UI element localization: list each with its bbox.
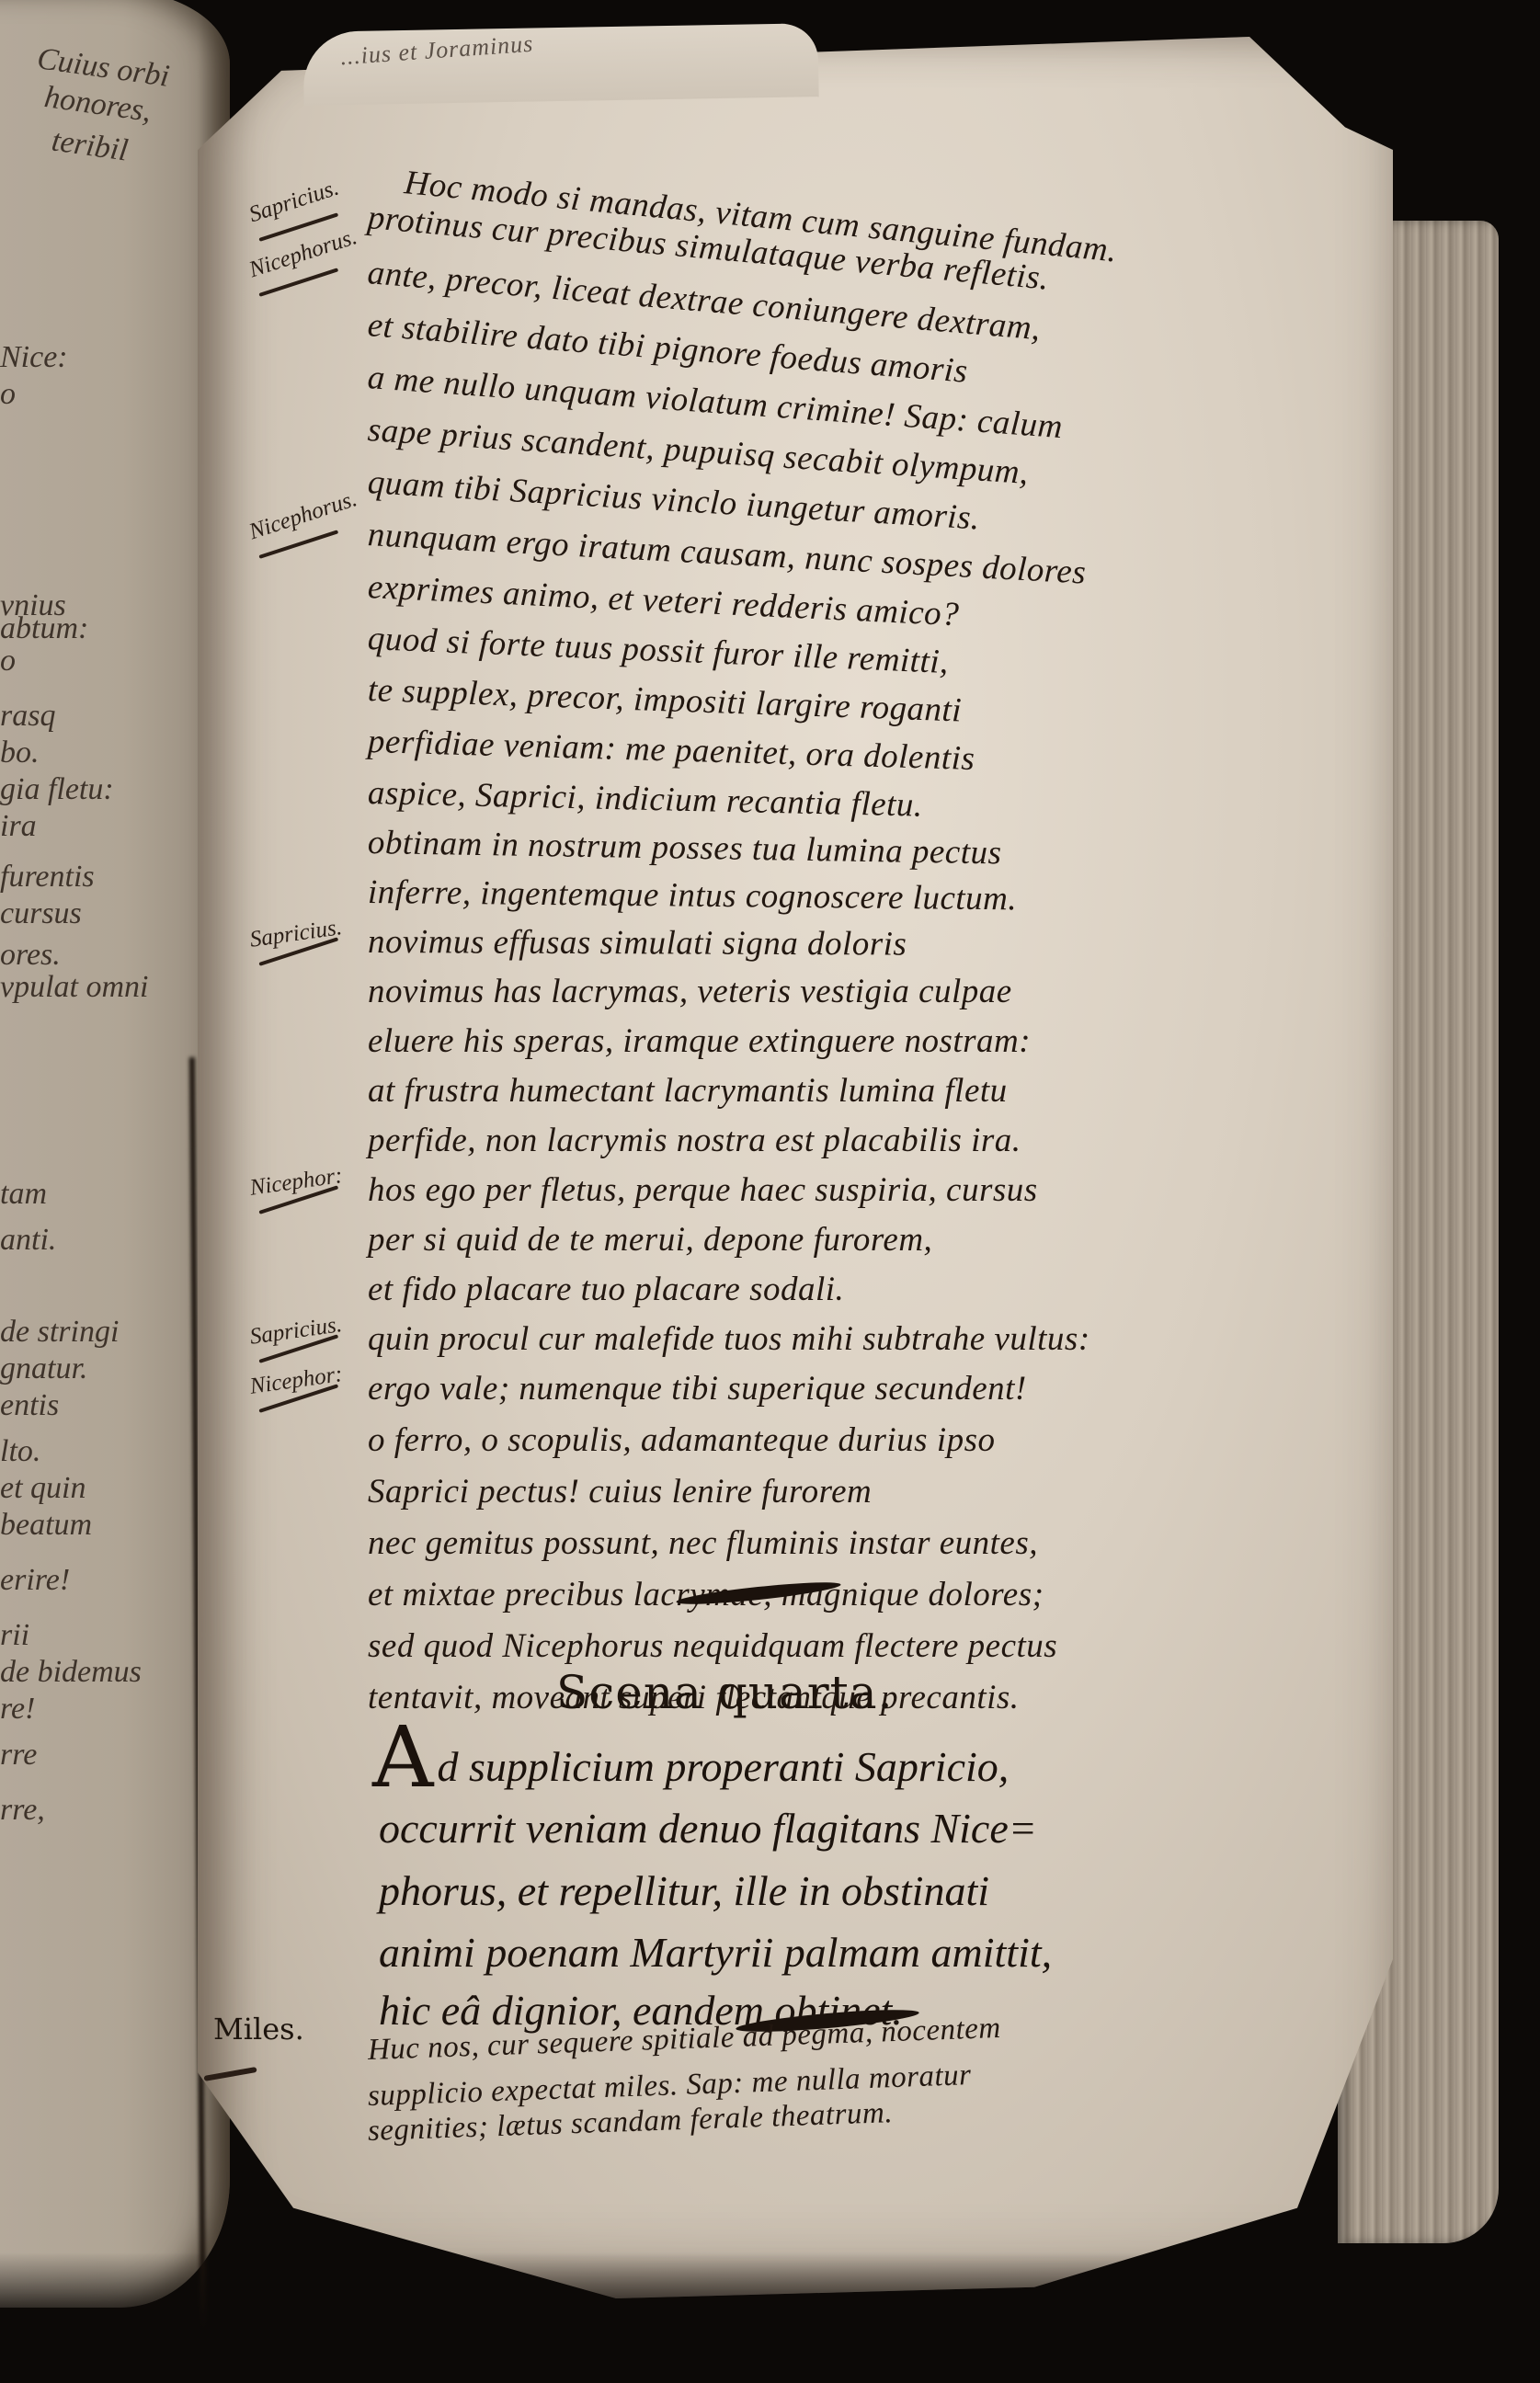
left-page-fragment: de stringi <box>0 1315 119 1350</box>
dialogue-line: inferre, ingentemque intus cognoscere lu… <box>368 872 1018 918</box>
argument-line: phorus, et repellitur, ille in obstinati <box>379 1866 989 1915</box>
left-page-fragment: rii <box>0 1618 29 1653</box>
dialogue-line: perfide, non lacrymis nostra est placabi… <box>368 1121 1021 1160</box>
left-page-fragment: ira <box>0 809 37 844</box>
left-page-fragment: cursus <box>0 896 82 931</box>
left-page-fragment: de bidemus <box>0 1655 142 1690</box>
left-page-fragment: rasq <box>0 699 55 734</box>
left-page-fragment: Nice: <box>0 340 68 375</box>
left-page-fragment: rre <box>0 1738 37 1773</box>
dialogue-line: Saprici pectus! cuius lenire furorem <box>368 1472 872 1511</box>
argument-line: Ad supplicium properanti Sapricio, <box>372 1742 1009 1791</box>
left-page-fragment: gnatur. <box>0 1351 87 1386</box>
dialogue-line: eluere his speras, iramque extinguere no… <box>368 1021 1031 1061</box>
left-page-fragment: bo. <box>0 735 40 770</box>
dialogue-line: per si quid de te merui, depone furorem, <box>368 1220 932 1260</box>
left-page-fragment: anti. <box>0 1223 56 1258</box>
decorated-initial: A <box>372 1708 433 1807</box>
speaker-label-miles: Miles. <box>213 2012 304 2047</box>
scene-title: Scena quarta. <box>556 1666 893 1719</box>
bottom-shadow <box>0 2252 1540 2383</box>
dialogue-line: et fido placare tuo placare sodali. <box>368 1270 844 1309</box>
left-page-fragment: erire! <box>0 1563 70 1598</box>
left-page-fragment: o <box>0 377 16 412</box>
left-page-fragment: ores. <box>0 938 61 973</box>
left-page-fragment: beatum <box>0 1508 92 1543</box>
left-page-fragment: o <box>0 644 16 678</box>
left-page-fragment: lto. <box>0 1434 40 1469</box>
left-page-fragment: re! <box>0 1692 35 1727</box>
left-page-fragment: vpulat omni <box>0 970 148 1005</box>
dialogue-line: hos ego per fletus, perque haec suspiria… <box>368 1170 1038 1210</box>
dialogue-line: novimus effusas simulati signa doloris <box>368 922 907 964</box>
left-page-fragment: entis <box>0 1388 59 1423</box>
dialogue-line: novimus has lacrymas, veteris vestigia c… <box>368 972 1012 1011</box>
argument-line: occurrit veniam denuo flagitans Nice= <box>379 1804 1037 1853</box>
dialogue-line: quin procul cur malefide tuos mihi subtr… <box>368 1319 1090 1359</box>
dialogue-line: sed quod Nicephorus nequidquam flectere … <box>368 1626 1057 1666</box>
dialogue-line: nec gemitus possunt, nec fluminis instar… <box>368 1523 1038 1563</box>
left-page-fragment: rre, <box>0 1793 45 1828</box>
left-page-fragment: et quin <box>0 1471 86 1506</box>
argument-line: animi poenam Martyrii palmam amittit, <box>379 1928 1052 1977</box>
left-page-fragment: tam <box>0 1177 47 1212</box>
dialogue-line: o ferro, o scopulis, adamanteque durius … <box>368 1420 996 1460</box>
left-page-fragment: furentis <box>0 860 95 895</box>
argument-text: d supplicium properanti Sapricio, <box>437 1743 1009 1790</box>
left-page-fragment: abtum: <box>0 611 88 646</box>
dialogue-line: ergo vale; numenque tibi superique secun… <box>368 1369 1027 1408</box>
left-page-fragment: gia fletu: <box>0 772 114 807</box>
dialogue-line: at frustra humectant lacrymantis lumina … <box>368 1071 1008 1111</box>
